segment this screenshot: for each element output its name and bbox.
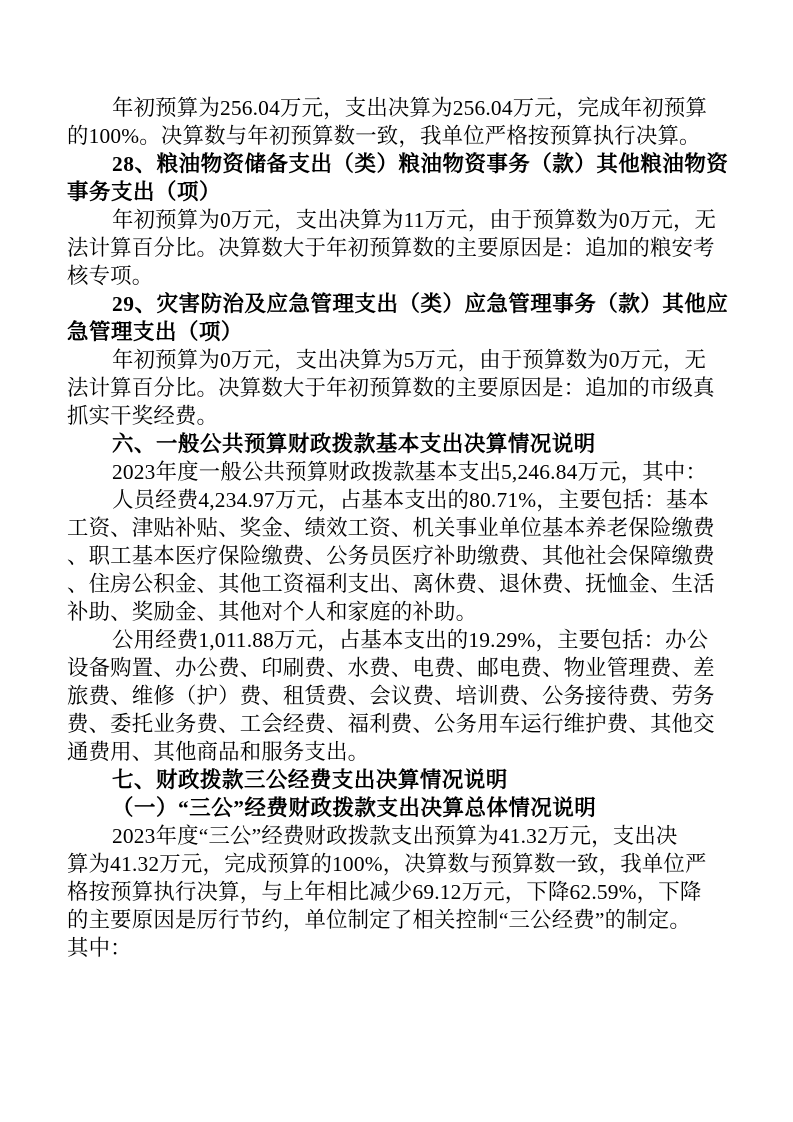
text-line: 工资、津贴补贴、奖金、绩效工资、机关事业单位基本养老保险缴费 (67, 514, 715, 542)
text-line: 年初预算为256.04万元，支出决算为256.04万元，完成年初预算 (67, 94, 715, 122)
text-line: 算为41.32万元，完成预算的100%，决算数与预算数一致，我单位严 (67, 850, 715, 878)
para-basic-expense-total: 2023年度一般公共预算财政拨款基本支出5,246.84万元，其中： (67, 458, 715, 486)
text-line: 法计算百分比。决算数大于年初预算数的主要原因是：追加的粮安考 (67, 234, 715, 262)
text-line: 年初预算为0万元，支出决算为5万元，由于预算数为0万元，无 (67, 346, 715, 374)
text-line: 设备购置、办公费、印刷费、水费、电费、邮电费、物业管理费、差 (67, 654, 715, 682)
text-line: 补助、奖励金、其他对个人和家庭的补助。 (67, 598, 715, 626)
para-budget-256: 年初预算为256.04万元，支出决算为256.04万元，完成年初预算的100%。… (67, 94, 715, 150)
text-line: 人员经费4,234.97万元，占基本支出的80.71%，主要包括：基本 (67, 486, 715, 514)
text-line: 的主要原因是厉行节约，单位制定了相关控制“三公经费”的制定。 (67, 906, 715, 934)
text-line: 格按预算执行决算，与上年相比减少69.12万元，下降62.59%，下降 (67, 878, 715, 906)
text-line: 公用经费1,011.88万元，占基本支出的19.29%，主要包括：办公 (67, 626, 715, 654)
text-line: 、住房公积金、其他工资福利支出、离休费、退休费、抚恤金、生活 (67, 570, 715, 598)
text-line: 年初预算为0万元，支出决算为11万元，由于预算数为0万元，无 (67, 206, 715, 234)
text-line: 2023年度“三公”经费财政拨款支出预算为41.32万元，支出决 (67, 822, 715, 850)
text-line: 急管理支出（项） (67, 318, 715, 346)
para-three-public-total: 2023年度“三公”经费财政拨款支出预算为41.32万元，支出决算为41.32万… (67, 822, 715, 962)
text-line: 抓实干奖经费。 (67, 402, 715, 430)
para-item-29: 年初预算为0万元，支出决算为5万元，由于预算数为0万元，无法计算百分比。决算数大… (67, 346, 715, 430)
text-line: 核专项。 (67, 262, 715, 290)
text-line: 29、灾害防治及应急管理支出（类）应急管理事务（款）其他应 (67, 290, 715, 318)
heading-item-29: 29、灾害防治及应急管理支出（类）应急管理事务（款）其他应急管理支出（项） (67, 290, 715, 346)
text-line: 其中： (67, 934, 715, 962)
text-line: 、职工基本医疗保险缴费、公务员医疗补助缴费、其他社会保障缴费 (67, 542, 715, 570)
text-line: 六、一般公共预算财政拨款基本支出决算情况说明 (67, 430, 715, 458)
text-line: 费、委托业务费、工会经费、福利费、公务用车运行维护费、其他交 (67, 710, 715, 738)
heading-section-6: 六、一般公共预算财政拨款基本支出决算情况说明 (67, 430, 715, 458)
heading-section-7-1: （一）“三公”经费财政拨款支出决算总体情况说明 (67, 794, 715, 822)
heading-section-7: 七、财政拨款三公经费支出决算情况说明 (67, 766, 715, 794)
text-line: 通费用、其他商品和服务支出。 (67, 738, 715, 766)
para-item-28: 年初预算为0万元，支出决算为11万元，由于预算数为0万元，无法计算百分比。决算数… (67, 206, 715, 290)
text-line: 旅费、维修（护）费、租赁费、会议费、培训费、公务接待费、劳务 (67, 682, 715, 710)
text-line: 28、粮油物资储备支出（类）粮油物资事务（款）其他粮油物资 (67, 150, 715, 178)
text-line: 七、财政拨款三公经费支出决算情况说明 (67, 766, 715, 794)
heading-item-28: 28、粮油物资储备支出（类）粮油物资事务（款）其他粮油物资事务支出（项） (67, 150, 715, 206)
text-line: （一）“三公”经费财政拨款支出决算总体情况说明 (67, 794, 715, 822)
document-page: 年初预算为256.04万元，支出决算为256.04万元，完成年初预算的100%。… (0, 0, 793, 1122)
para-public-expense: 公用经费1,011.88万元，占基本支出的19.29%，主要包括：办公设备购置、… (67, 626, 715, 766)
text-line: 法计算百分比。决算数大于年初预算数的主要原因是：追加的市级真 (67, 374, 715, 402)
para-personnel-expense: 人员经费4,234.97万元，占基本支出的80.71%，主要包括：基本工资、津贴… (67, 486, 715, 626)
text-line: 的100%。决算数与年初预算数一致，我单位严格按预算执行决算。 (67, 122, 715, 150)
document-body: 年初预算为256.04万元，支出决算为256.04万元，完成年初预算的100%。… (67, 94, 715, 962)
text-line: 事务支出（项） (67, 178, 715, 206)
text-line: 2023年度一般公共预算财政拨款基本支出5,246.84万元，其中： (67, 458, 715, 486)
